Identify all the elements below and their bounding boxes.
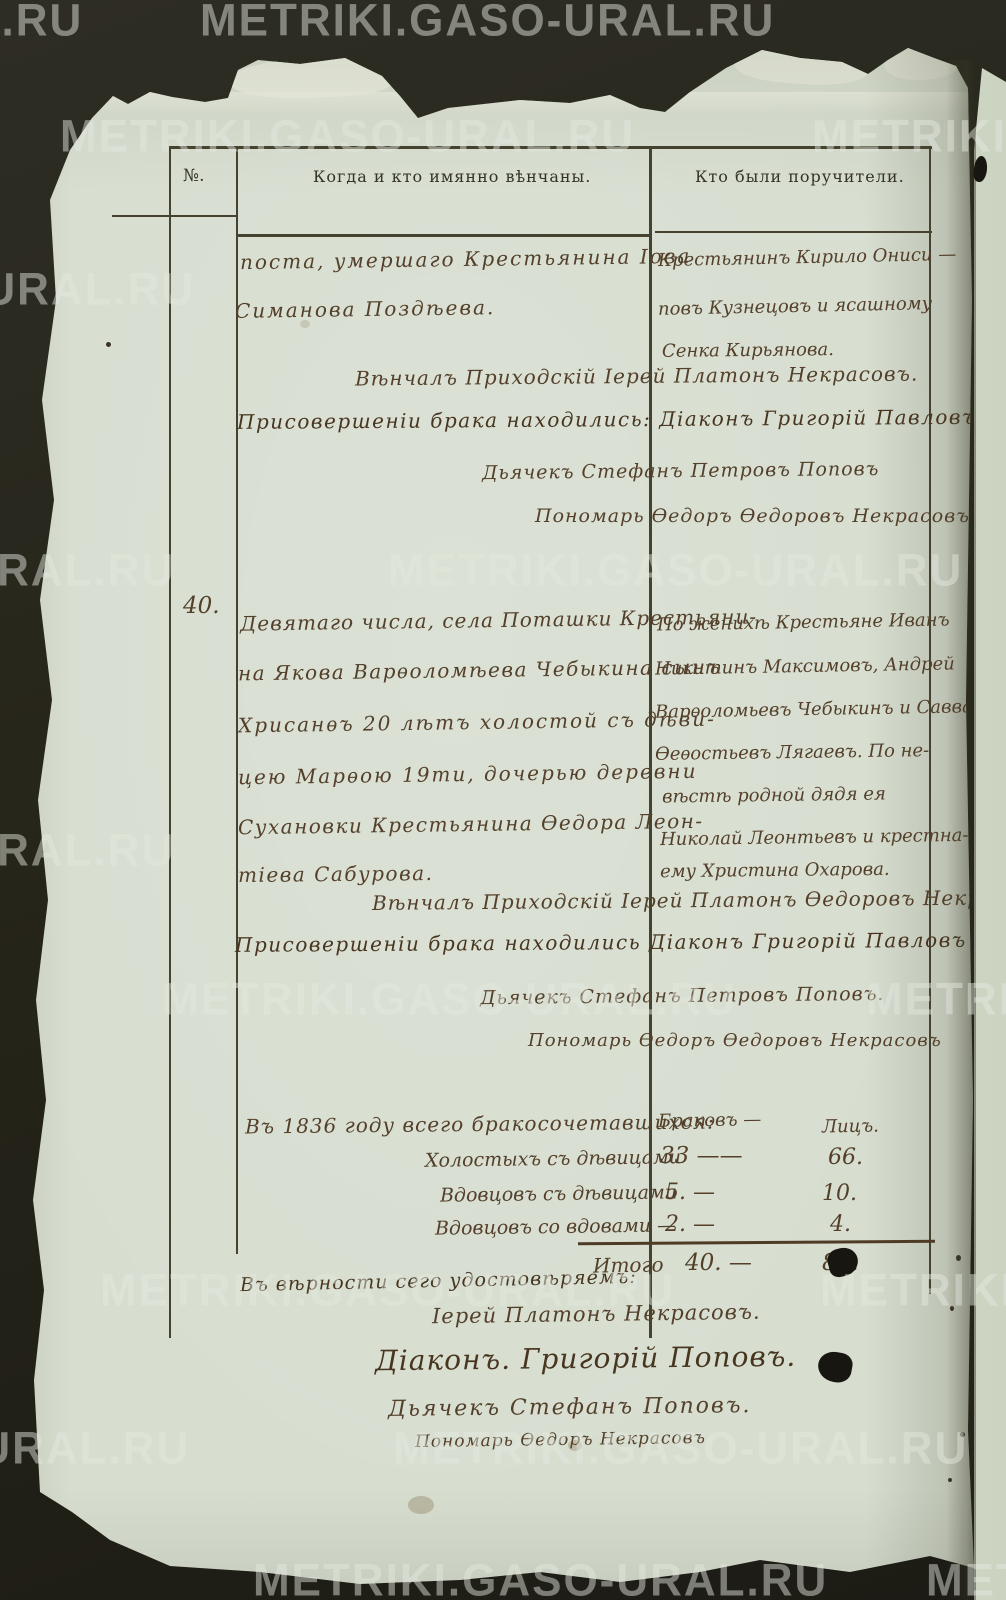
summary-row-marriages: 5. — <box>665 1180 715 1205</box>
summary-total-marriages: 40. — <box>685 1250 752 1276</box>
wormhole <box>816 1349 855 1384</box>
summary-row-persons: 4. <box>830 1212 851 1237</box>
page-sheet: №. Когда и кто имянно вѣнчаны. Кто были … <box>0 0 1006 1600</box>
column-header-wed: Когда и кто имянно вѣнчаны. <box>313 167 591 186</box>
entry-40-dyachek-signature: Дьячекъ Стефанъ Петровъ Поповъ. <box>480 983 885 1009</box>
summary-row-label: Вдовцовъ со вдовами — <box>435 1214 676 1239</box>
entry-40-left-line: цею Марѳою 19ти, дочерью деревни <box>238 759 698 789</box>
attestation-dyachek-signature: Дьячекъ Стефанъ Поповъ. <box>388 1393 752 1422</box>
summary-intro: Въ 1836 году всего бракосочетавшихся: <box>245 1110 715 1139</box>
entry-40-number: 40. <box>183 593 220 619</box>
watermark-text: METRIKI.GASO-URAL.RU <box>200 0 775 47</box>
header-underline-left <box>237 234 652 237</box>
entry-40-sureties-line: вѣстѣ родной дядя ея <box>662 783 886 807</box>
attestation-intro: Въ вѣрности сего удостовѣряемъ: <box>240 1266 637 1296</box>
ink-speck <box>106 342 111 347</box>
entry-40-left-line: Сухановки Крестьянина Ѳедора Леон- <box>238 809 704 839</box>
entry-prev-sureties-line: Сенка Кирьянова. <box>662 339 834 362</box>
attestation-ponomar-signature: Пономарь Ѳедоръ Некрасовъ <box>415 1428 706 1452</box>
entry-40-sureties-line: По женихѣ Крестьяне Иванъ <box>657 609 950 635</box>
no-column-underline <box>112 215 237 217</box>
table-top-border <box>170 146 932 149</box>
watermark-text: METRIKI.GASO-URAL.RU <box>0 0 83 47</box>
entry-prev-venchal-line: Вѣнчалъ Приходскій Іерей Платонъ Некрасо… <box>355 362 919 391</box>
entry-40-sureties-line: Николай Леонтьевъ и крестна- <box>660 825 969 850</box>
entry-40-left-line: Хрисанѳъ 20 лѣтъ холостой съ дѣви- <box>238 707 716 738</box>
attestation-ierey-signature: Іерей Платонъ Некрасовъ. <box>432 1300 761 1329</box>
ink-speck <box>950 1306 954 1311</box>
entry-40-ponomar-signature: Пономарь Ѳедоръ Ѳедоровъ Некрасовъ <box>528 1030 942 1051</box>
summary-row-persons: 10. <box>822 1181 857 1206</box>
summary-row-label: Холостыхъ съ дѣвицами <box>425 1146 681 1172</box>
summary-col-persons: Лицъ. <box>822 1116 879 1138</box>
entry-40-sureties-line: Варѳоломьевъ Чебыкинъ и Савва <box>655 696 973 723</box>
entry-prev-ponomar-signature: Пономарь Ѳедоръ Ѳедоровъ Некрасовъ <box>535 505 970 527</box>
ink-speck <box>948 1478 952 1482</box>
torn-edge-flap <box>734 41 871 88</box>
column-header-no: №. <box>183 166 205 186</box>
torn-edge-flap <box>227 54 394 103</box>
entry-40-witnesses-line: Присовершеніи брака находились Діаконъ Г… <box>235 927 1006 957</box>
entry-40-venchal-line: Вѣнчалъ Приходскій Іерей Платонъ Ѳедоров… <box>372 885 1006 915</box>
entry-prev-witnesses-line: Присовершеніи брака находились: Діаконъ … <box>237 404 1006 434</box>
table-right-border <box>929 146 931 1294</box>
summary-row-marriages: 2. — <box>665 1212 715 1237</box>
summary-col-marriages: Браковъ — <box>658 1109 762 1132</box>
entry-prev-dyachek-signature: Дьячекъ Стефанъ Петровъ Поповъ <box>482 458 880 484</box>
entry-40-sureties-line: Никитинъ Максимовъ, Андрей <box>655 653 955 679</box>
header-underline-right <box>655 231 932 233</box>
summary-row-label: Вдовцовъ съ дѣвицами <box>440 1181 677 1206</box>
attestation-diakon-signature: Діаконъ. Григорій Поповъ. <box>375 1340 797 1377</box>
top-edge-highlight <box>92 92 972 114</box>
entry-prev-sureties-line: повъ Кузнецовъ и ясашному <box>658 293 932 320</box>
entry-prev-left-line: Симанова Поздѣева. <box>235 295 496 323</box>
entry-prev-sureties-line: Крестьянинъ Кирило Ониси — <box>658 244 957 271</box>
paper-stain <box>408 1496 434 1514</box>
column-header-sureties: Кто были поручители. <box>695 167 905 186</box>
table-left-border <box>169 146 171 1338</box>
metric-book-scan: №. Когда и кто имянно вѣнчаны. Кто были … <box>0 0 1006 1600</box>
entry-40-sureties-line: Ѳеѳостьевъ Лягаевъ. По не- <box>655 740 929 765</box>
summary-total-rule <box>578 1240 935 1245</box>
entry-40-sureties-line: ему Христина Охарова. <box>660 859 890 882</box>
entry-40-left-line: тіева Сабурова. <box>238 861 434 887</box>
summary-row-marriages: 33 —— <box>660 1143 743 1169</box>
ink-speck <box>960 1432 965 1437</box>
entry-prev-left-line: поста, умершаго Крестьянина Іова <box>240 244 692 274</box>
summary-row-persons: 66. <box>828 1145 863 1170</box>
ink-speck <box>956 1255 961 1261</box>
torn-edge-flap <box>882 40 961 84</box>
